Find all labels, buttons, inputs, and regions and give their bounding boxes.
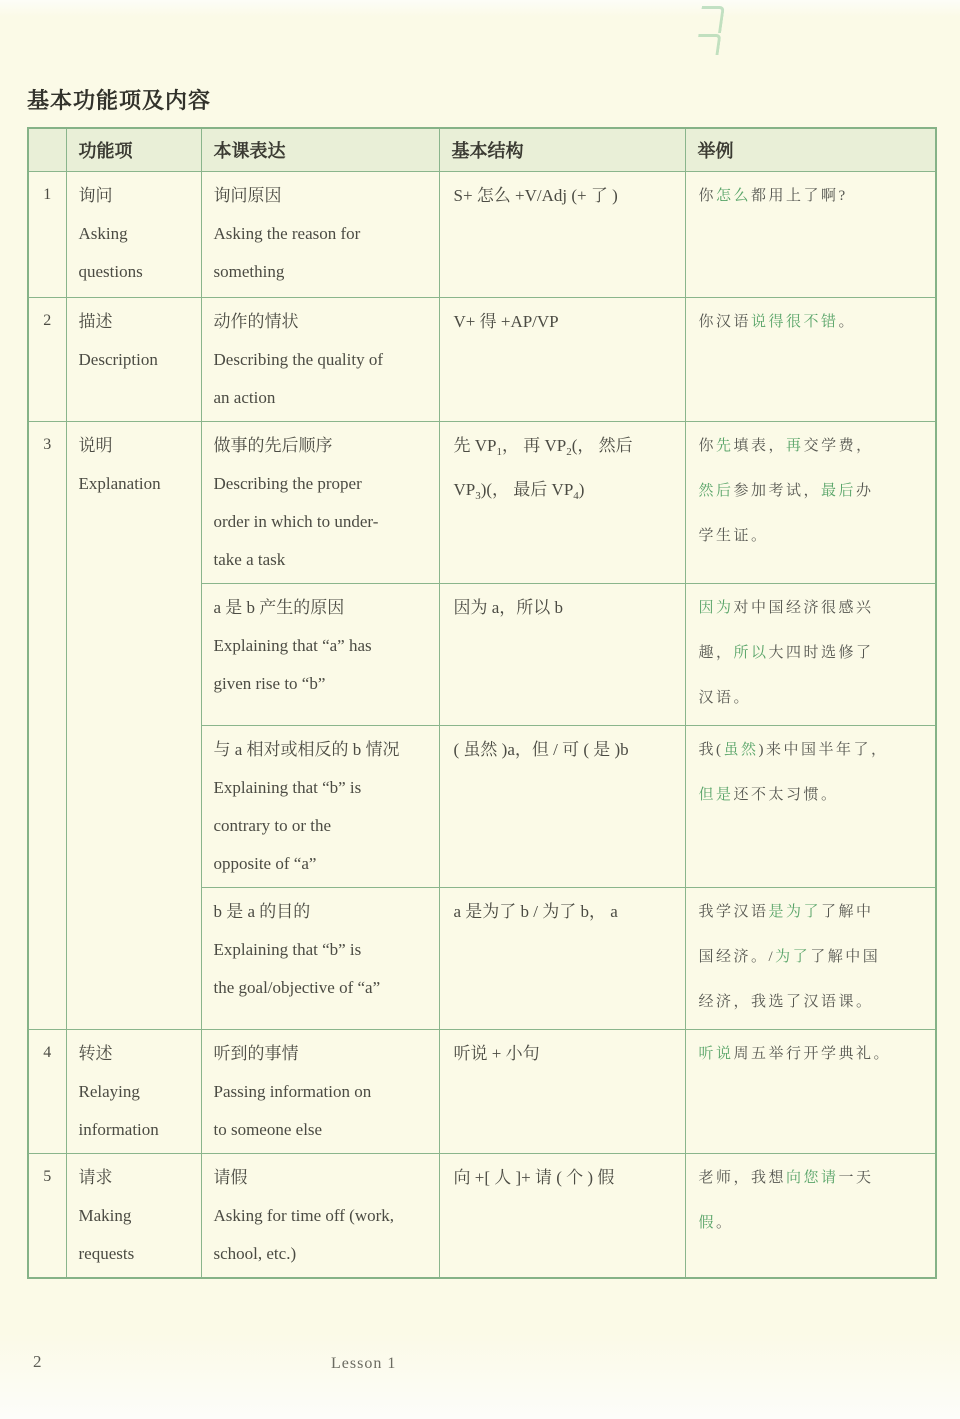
header-example: 举例 [685, 128, 936, 171]
structure-cell: 因为 a，所以 b [439, 583, 685, 725]
pencil-mark-icon [698, 6, 725, 33]
structure-cell: a 是为了 b / 为了 b， a [439, 887, 685, 1029]
expression-cell: 询问原因 Asking the reason for something [201, 171, 439, 297]
row-number-cell: 5 [28, 1153, 66, 1278]
table-header-row: 功能项 本课表达 基本结构 举例 [28, 128, 936, 171]
lesson-footer-label: Lesson 1 [331, 1355, 396, 1373]
function-cell: 请求 Making requests [66, 1153, 201, 1278]
structure-cell: 听说 + 小句 [439, 1029, 685, 1153]
example-cell: 你怎么都用上了啊? [685, 171, 936, 297]
structure-cell: ( 虽然 )a，但 / 可 ( 是 )b [439, 725, 685, 887]
row-number-cell: 2 [28, 297, 66, 421]
expression-cell: 听到的事情 Passing information on to someone … [201, 1029, 439, 1153]
structure-cell: S+ 怎么 +V/Adj (+ 了 ) [439, 171, 685, 297]
row-number-cell: 1 [28, 171, 66, 297]
function-cell: 描述 Description [66, 297, 201, 421]
header-expression: 本课表达 [201, 128, 439, 171]
page-title: 基本功能项及内容 [27, 84, 211, 115]
functions-table: 功能项 本课表达 基本结构 举例 1 询问 Asking questions 询… [27, 127, 937, 1279]
expression-cell: 做事的先后顺序 Describing the proper order in w… [201, 421, 439, 583]
row-number-cell: 4 [28, 1029, 66, 1153]
example-cell: 你先填表，再交学费， 然后参加考试，最后办 学生证。 [685, 421, 936, 583]
expression-cell: b 是 a 的目的 Explaining that “b” is the goa… [201, 887, 439, 1029]
page-number: 2 [33, 1352, 42, 1372]
table-row: 3 说明 Explanation 做事的先后顺序 Describing the … [28, 421, 936, 583]
structure-cell: V+ 得 +AP/VP [439, 297, 685, 421]
expression-cell: 动作的情状 Describing the quality of an actio… [201, 297, 439, 421]
function-cell: 转述 Relaying information [66, 1029, 201, 1153]
example-cell: 因为对中国经济很感兴 趣，所以大四时选修了 汉语。 [685, 583, 936, 725]
table-row: 4 转述 Relaying information 听到的事情 Passing … [28, 1029, 936, 1153]
header-number [28, 128, 66, 171]
expression-cell: a 是 b 产生的原因 Explaining that “a” has give… [201, 583, 439, 725]
example-cell: 我(虽然)来中国半年了， 但是还不太习惯。 [685, 725, 936, 887]
example-cell: 你汉语说得很不错。 [685, 297, 936, 421]
table-row: 2 描述 Description 动作的情状 Describing the qu… [28, 297, 936, 421]
example-cell: 听说周五举行开学典礼。 [685, 1029, 936, 1153]
table-row: 5 请求 Making requests 请假 Asking for time … [28, 1153, 936, 1278]
structure-cell: 先 VP1， 再 VP2(， 然后 VP3)(， 最后 VP4) [439, 421, 685, 583]
scanned-page-background: 基本功能项及内容 功能项 本课表达 基本结构 举例 1 询问 Asking qu… [0, 0, 960, 1419]
table-row: 1 询问 Asking questions 询问原因 Asking the re… [28, 171, 936, 297]
structure-cell: 向 +[ 人 ]+ 请 ( 个 ) 假 [439, 1153, 685, 1278]
function-cell: 询问 Asking questions [66, 171, 201, 297]
example-cell: 我学汉语是为了了解中 国经济。/为了了解中国 经济，我选了汉语课。 [685, 887, 936, 1029]
header-function: 功能项 [66, 128, 201, 171]
header-structure: 基本结构 [439, 128, 685, 171]
pencil-mark-icon [696, 34, 722, 55]
expression-cell: 请假 Asking for time off (work, school, et… [201, 1153, 439, 1278]
example-cell: 老师，我想向您请一天 假。 [685, 1153, 936, 1278]
function-cell: 说明 Explanation [66, 421, 201, 1029]
expression-cell: 与 a 相对或相反的 b 情况 Explaining that “b” is c… [201, 725, 439, 887]
row-number-cell: 3 [28, 421, 66, 1029]
